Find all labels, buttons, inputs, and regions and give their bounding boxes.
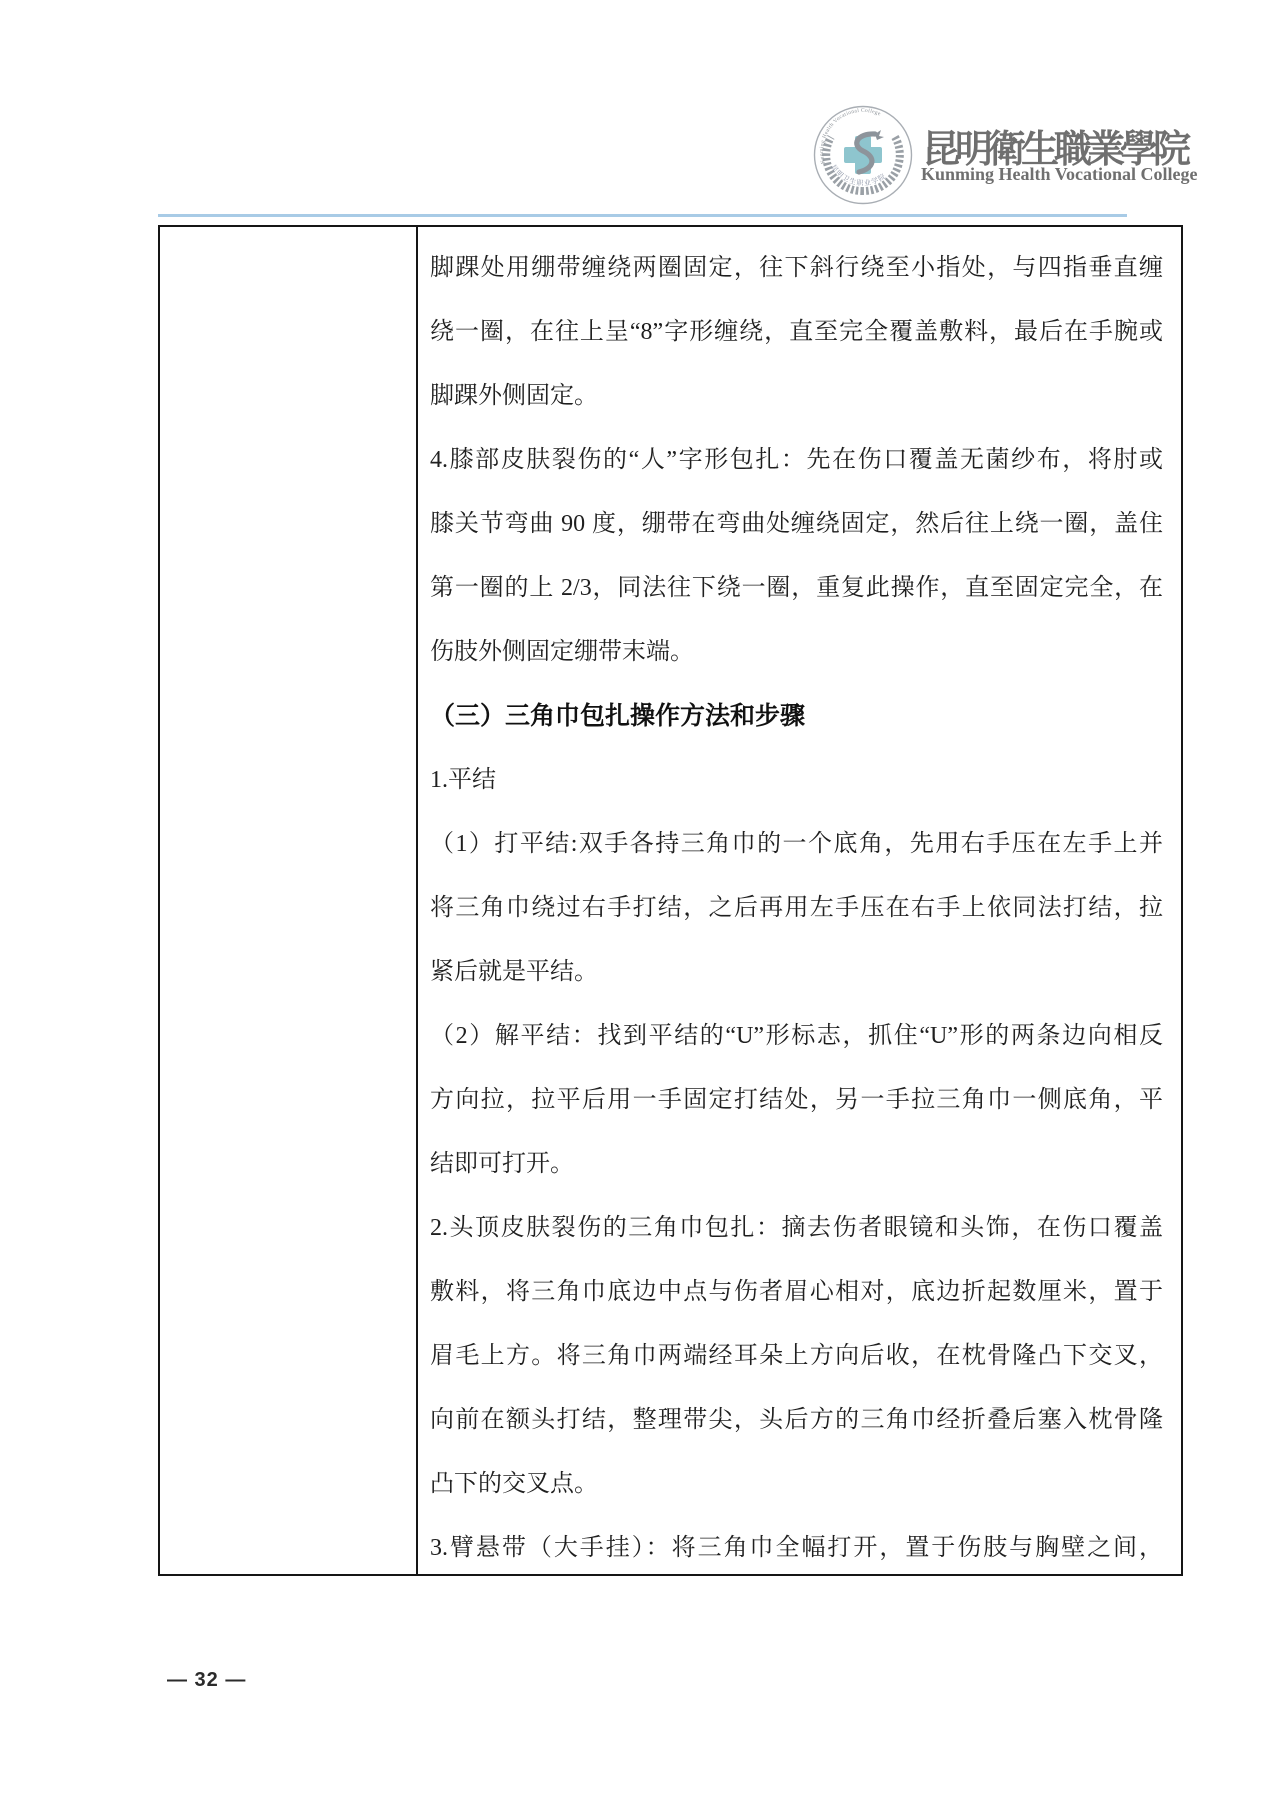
text-line: 结即可打开。: [430, 1132, 1163, 1196]
college-name-en: Kunming Health Vocational College: [921, 164, 1191, 185]
college-logo-icon: Kunming Health Vocational College 昆明卫生职业…: [813, 105, 913, 205]
text-line: 脚踝外侧固定。: [430, 364, 1163, 428]
section-heading: （三）三角巾包扎操作方法和步骤: [430, 684, 1163, 748]
text-line: 第一圈的上 2/3，同法往下绕一圈，重复此操作，直至固定完全，在: [430, 556, 1163, 620]
text-line: 膝关节弯曲 90 度，绷带在弯曲处缠绕固定，然后往上绕一圈，盖住: [430, 492, 1163, 556]
content-table: 脚踝处用绷带缠绕两圈固定，往下斜行绕至小指处，与四指垂直缠绕一圈，在往上呈“8”…: [158, 225, 1183, 1576]
text-line: （1）打平结:双手各持三角巾的一个底角，先用右手压在左手上并: [430, 812, 1163, 876]
text-line: 眉毛上方。将三角巾两端经耳朵上方向后收，在枕骨隆凸下交叉，: [430, 1324, 1163, 1388]
text-line: 1.平结: [430, 748, 1163, 812]
table-left-cell: [160, 227, 418, 1574]
text-line: 3.臂悬带（大手挂）：将三角巾全幅打开，置于伤肢与胸壁之间，: [430, 1516, 1163, 1574]
document-page: Kunming Health Vocational College 昆明卫生职业…: [0, 0, 1274, 1801]
text-line: 绕一圈，在往上呈“8”字形缠绕，直至完全覆盖敷料，最后在手腕或: [430, 300, 1163, 364]
text-line: 敷料，将三角巾底边中点与伤者眉心相对，底边折起数厘米，置于: [430, 1260, 1163, 1324]
text-line: 向前在额头打结，整理带尖，头后方的三角巾经折叠后塞入枕骨隆: [430, 1388, 1163, 1452]
text-line: 脚踝处用绷带缠绕两圈固定，往下斜行绕至小指处，与四指垂直缠: [430, 236, 1163, 300]
text-line: 将三角巾绕过右手打结，之后再用左手压在右手上依同法打结，拉: [430, 876, 1163, 940]
text-line: 凸下的交叉点。: [430, 1452, 1163, 1516]
text-line: 紧后就是平结。: [430, 940, 1163, 1004]
text-line: 2.头顶皮肤裂伤的三角巾包扎：摘去伤者眼镜和头饰，在伤口覆盖: [430, 1196, 1163, 1260]
text-line: 伤肢外侧固定绷带末端。: [430, 620, 1163, 684]
header-divider-line: [158, 214, 1127, 217]
text-line: 4.膝部皮肤裂伤的“人”字形包扎：先在伤口覆盖无菌纱布，将肘或: [430, 428, 1163, 492]
text-line: 方向拉，拉平后用一手固定打结处，另一手拉三角巾一侧底角，平: [430, 1068, 1163, 1132]
college-name-zh: 昆明衛生職業學院: [922, 118, 1192, 168]
text-line: （2）解平结：找到平结的“U”形标志，抓住“U”形的两条边向相反: [430, 1004, 1163, 1068]
table-right-cell: 脚踝处用绷带缠绕两圈固定，往下斜行绕至小指处，与四指垂直缠绕一圈，在往上呈“8”…: [418, 227, 1181, 1574]
page-number: — 32 —: [167, 1669, 246, 1692]
